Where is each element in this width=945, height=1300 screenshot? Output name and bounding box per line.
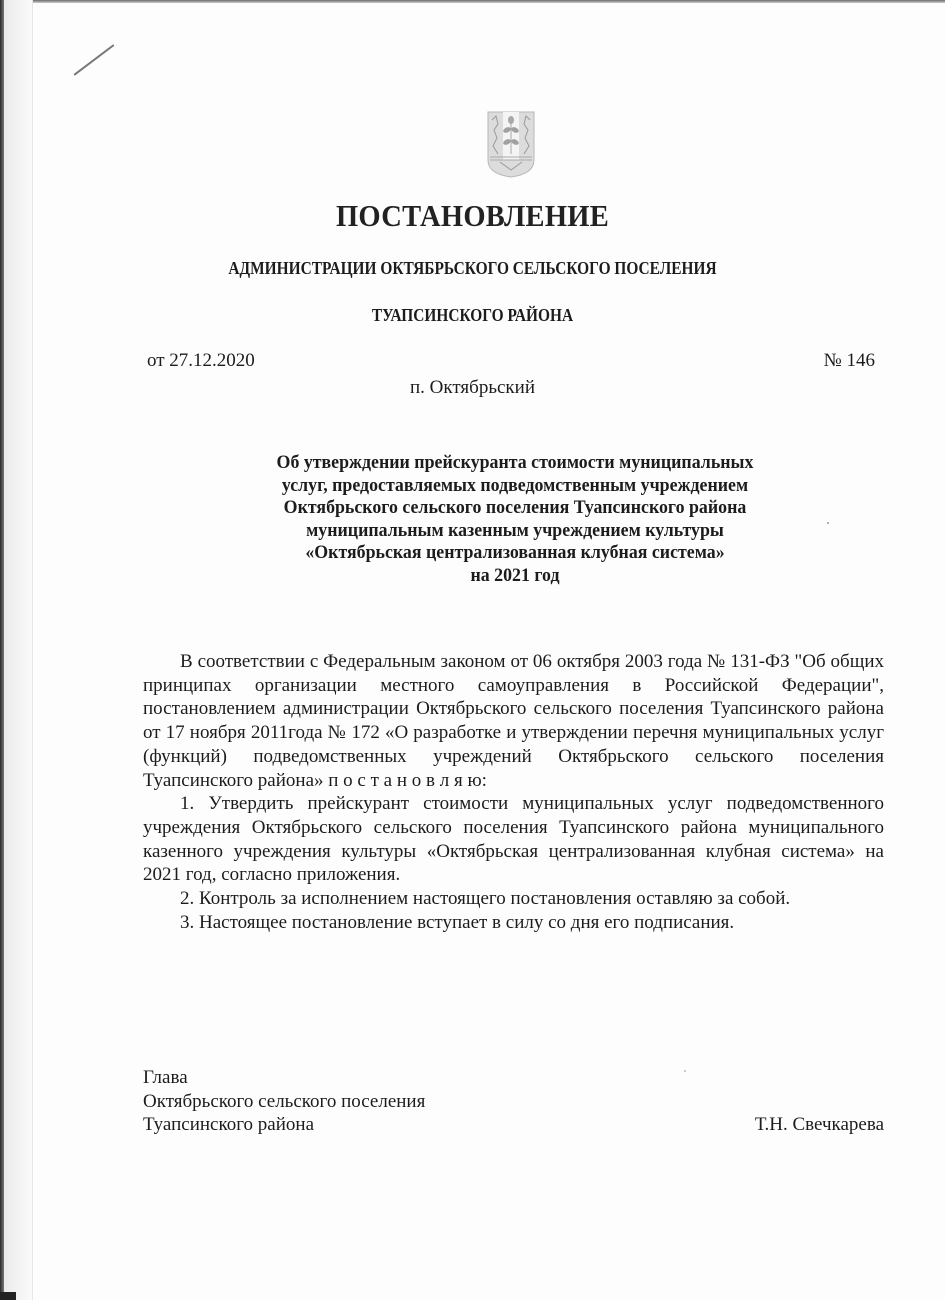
document-number: № 146 xyxy=(824,350,875,372)
pen-stroke-mark xyxy=(73,44,114,76)
preamble-paragraph: В соответствии с Федеральным законом от … xyxy=(143,650,884,792)
document-title: ПОСТАНОВЛЕНИЕ xyxy=(38,198,907,234)
signatory-position-line: Туапсинского района xyxy=(143,1113,314,1137)
subject-line: на 2021 год xyxy=(210,565,821,588)
resolution-item-1: 1. Утвердить прейскурант стоимости муниц… xyxy=(143,792,884,887)
scan-corner xyxy=(0,1292,16,1300)
resolution-item-3: 3. Настоящее постановление вступает в си… xyxy=(143,911,884,935)
document-date: от 27.12.2020 xyxy=(147,350,255,372)
signatory-name: Т.Н. Свечкарева xyxy=(755,1113,884,1137)
subject-line: Об утверждении прейскуранта стоимости му… xyxy=(210,452,821,475)
authority-district: ТУАПСИНСКОГО РАЙОНА xyxy=(57,305,889,326)
signatory-position-line: Глава xyxy=(143,1066,884,1090)
signature-block: Глава Октябрьского сельского поселения Т… xyxy=(143,1066,884,1137)
scan-border-top xyxy=(0,0,945,3)
subject-line: услуг, предоставляемых подведомственным … xyxy=(210,475,821,498)
subject-line: Октябрьского сельского поселения Туапсин… xyxy=(210,497,821,520)
coat-of-arms-icon xyxy=(486,110,536,178)
scan-dust-dot xyxy=(827,522,829,524)
scan-shadow xyxy=(4,0,33,1300)
subject-line: муниципальным казенным учреждением культ… xyxy=(210,520,821,543)
subject-line: «Октябрьская централизованная клубная си… xyxy=(210,542,821,565)
resolution-item-2: 2. Контроль за исполнением настоящего по… xyxy=(143,887,884,911)
signatory-position-line: Октябрьского сельского поселения xyxy=(143,1090,884,1114)
authority-name: АДМИНИСТРАЦИИ ОКТЯБРЬСКОГО СЕЛЬСКОГО ПОС… xyxy=(57,258,889,279)
document-place: п. Октябрьский xyxy=(0,377,945,399)
document-body: В соответствии с Федеральным законом от … xyxy=(143,650,884,934)
document-subject: Об утверждении прейскуранта стоимости му… xyxy=(210,452,821,588)
